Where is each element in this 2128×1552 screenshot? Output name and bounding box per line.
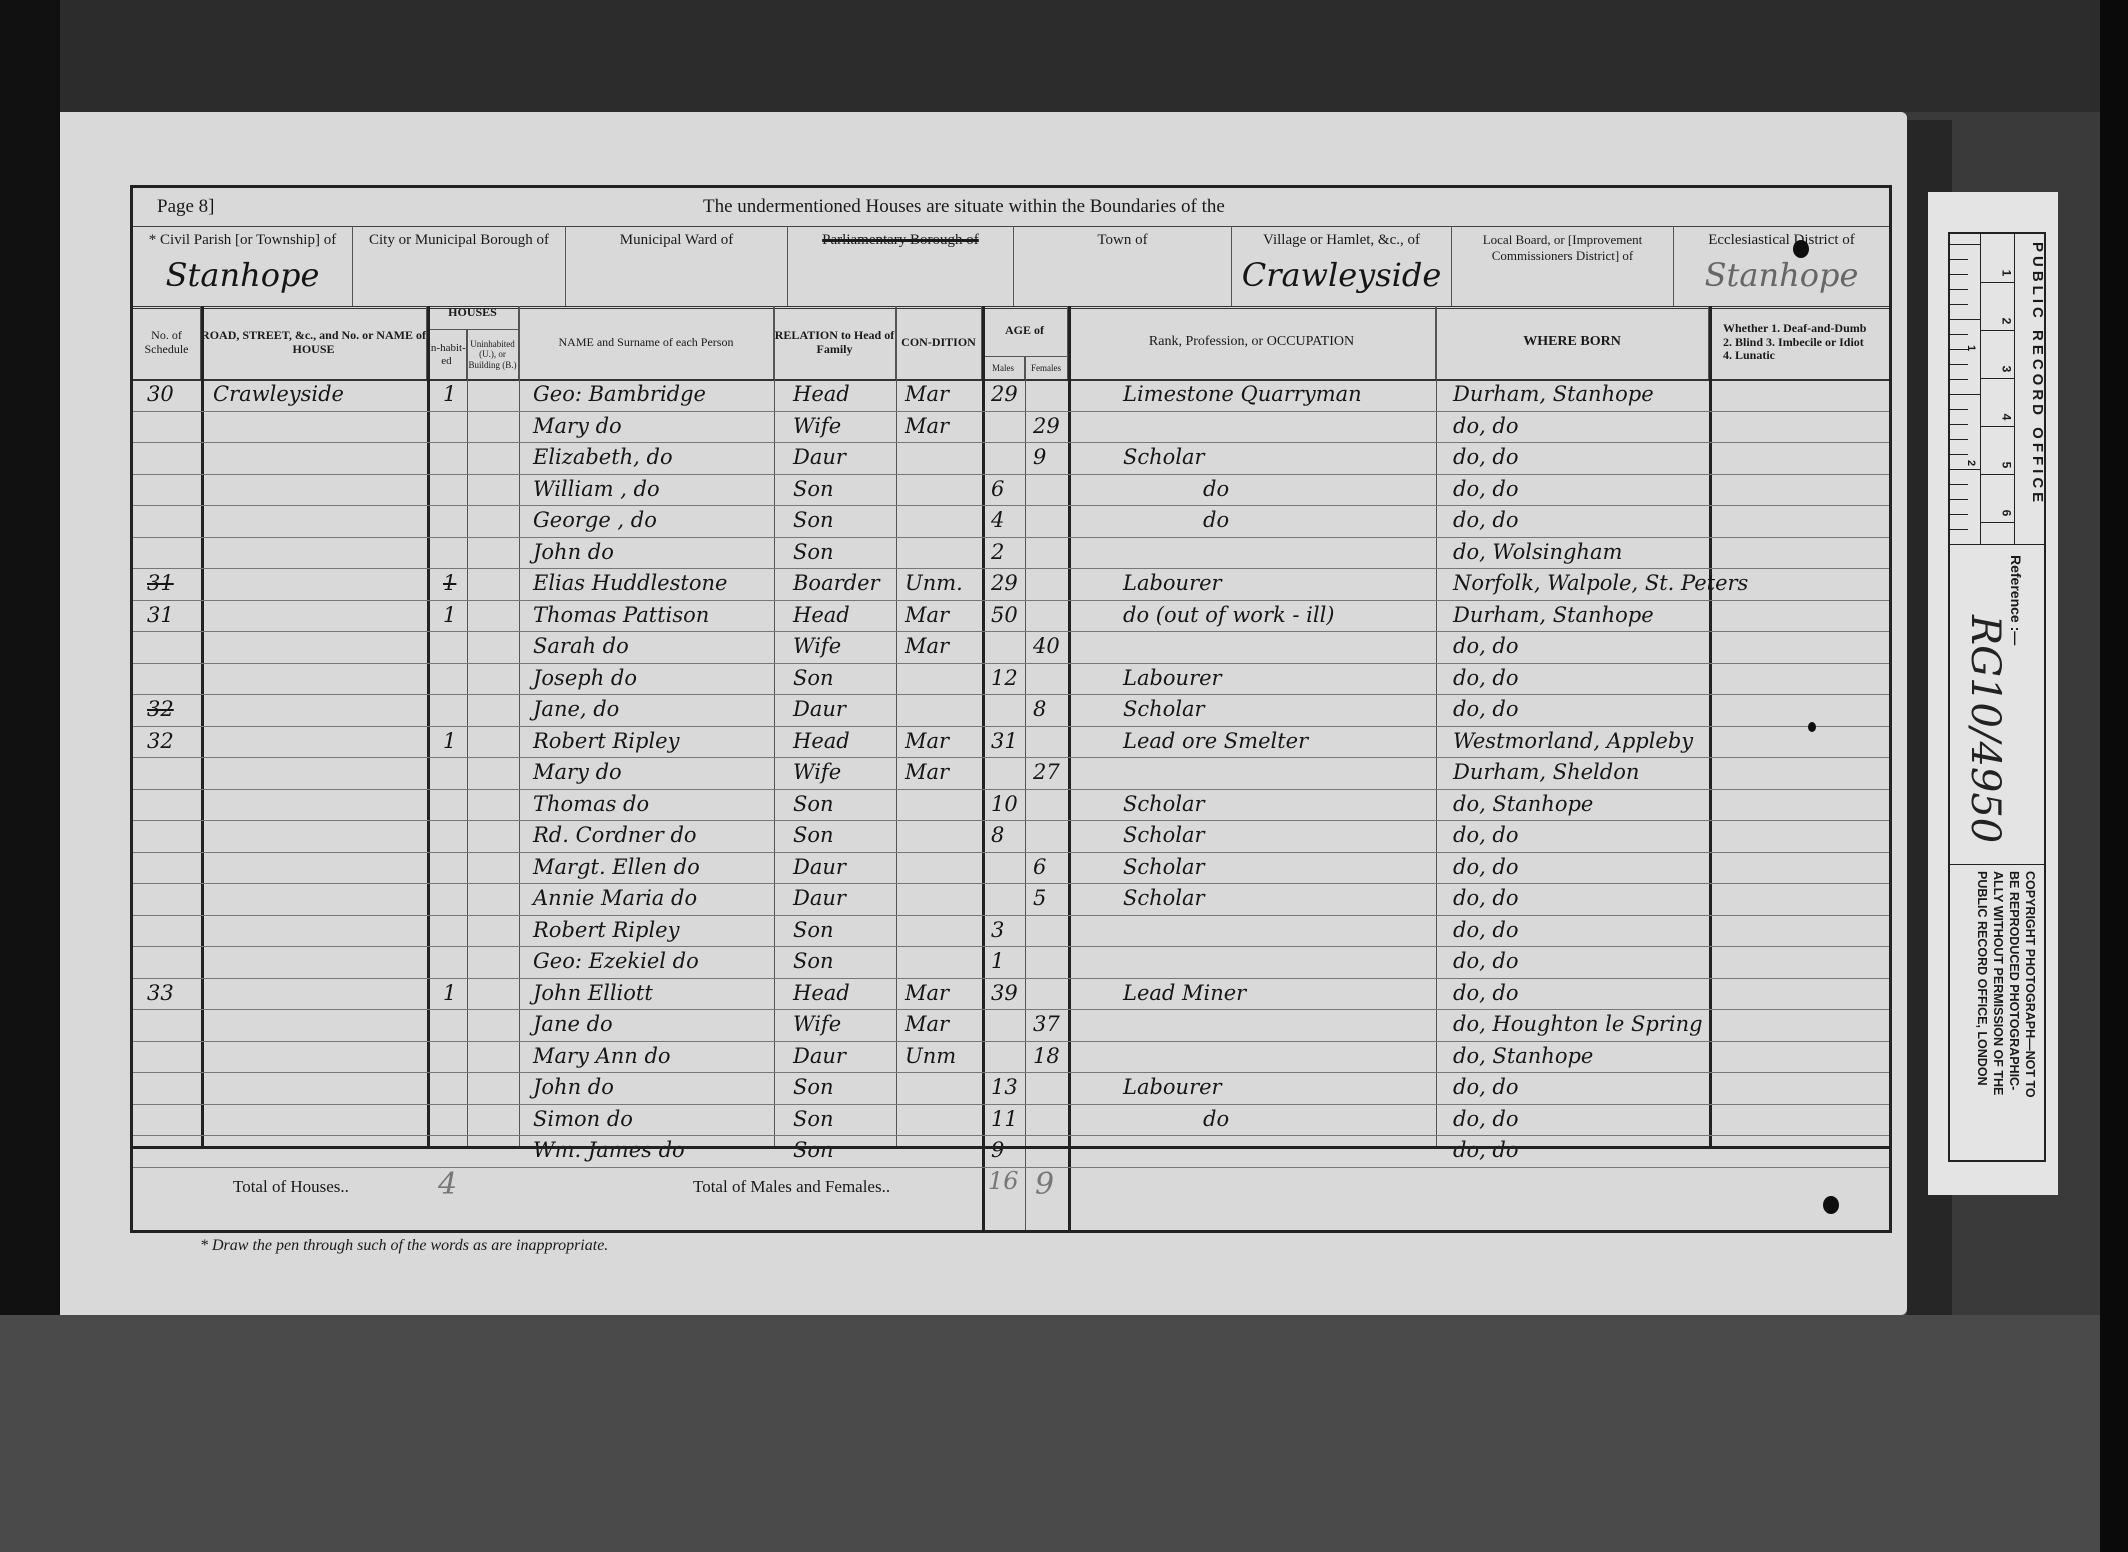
- cell-name: Annie Maria do: [533, 883, 697, 915]
- cell-relation: Son: [793, 505, 834, 537]
- header-where-born: WHERE BORN: [1436, 306, 1709, 379]
- header-occupation: Rank, Profession, or OCCUPATION: [1068, 306, 1436, 379]
- census-row: Elizabeth, doDaur9Scholardo, do: [133, 442, 1889, 475]
- cell-born: do, Houghton le Spring: [1453, 1009, 1703, 1041]
- census-row: 30Crawleyside1Geo: BambridgeHeadMar29Lim…: [133, 379, 1889, 412]
- column-headers: No. of Schedule ROAD, STREET, &c., and N…: [133, 306, 1889, 381]
- cell-name: Mary Ann do: [533, 1041, 671, 1073]
- cell-name: John do: [533, 1072, 614, 1104]
- header-uninhabited: Uninhabited (U.), or Building (B.): [467, 330, 519, 379]
- cell-male-age: 50: [991, 600, 1018, 632]
- cell-inhabited: 1: [443, 379, 456, 411]
- census-row: William , doSon6dodo, do: [133, 474, 1889, 507]
- cell-male-age: 29: [991, 568, 1018, 600]
- total-houses-value: 4: [438, 1167, 457, 1202]
- cell-male-age: 6: [991, 474, 1004, 506]
- census-row: Robert RipleySon3do, do: [133, 915, 1889, 948]
- header-males: Males: [982, 356, 1025, 379]
- boundary-value: Crawleyside: [1232, 256, 1451, 294]
- cell-occupation: Lead ore Smelter: [1123, 726, 1308, 758]
- census-row: 331John ElliottHeadMar39Lead Minerdo, do: [133, 978, 1889, 1011]
- cell-name: Rd. Cordner do: [533, 820, 697, 852]
- header-houses: HOUSES: [427, 306, 519, 330]
- cell-born: Durham, Stanhope: [1453, 379, 1654, 411]
- reference-value: RG10/4950: [1962, 615, 2008, 843]
- census-row: Rd. Cordner doSon8Scholardo, do: [133, 820, 1889, 853]
- scale-segment: 6: [1980, 474, 2014, 523]
- cell-occupation: Labourer: [1123, 1072, 1222, 1104]
- boundary-label: Ecclesiastical District of: [1674, 232, 1889, 249]
- boundary-label: * Civil Parish [or Township] of: [133, 232, 352, 249]
- cell-name: Thomas do: [533, 789, 649, 821]
- cell-schedule: 32: [147, 694, 174, 726]
- cell-born: do, do: [1453, 915, 1519, 947]
- boundary-label: Town of: [1014, 232, 1231, 249]
- totals-row: Total of Houses.. 4 Total of Males and F…: [133, 1146, 1889, 1233]
- cell-male-age: 11: [991, 1104, 1018, 1136]
- cell-relation: Son: [793, 915, 834, 947]
- cell-born: do, Stanhope: [1453, 789, 1593, 821]
- ruler-tick: [1950, 379, 1968, 380]
- cell-condition: Mar: [905, 1009, 949, 1041]
- cell-relation: Daur: [793, 883, 846, 915]
- cell-inhabited: 1: [443, 568, 456, 600]
- ruler-tick: [1950, 484, 1968, 485]
- cell-name: Margt. Ellen do: [533, 852, 700, 884]
- cell-born: do, do: [1453, 852, 1519, 884]
- cell-born: do, do: [1453, 694, 1519, 726]
- cell-relation: Wife: [793, 757, 841, 789]
- ruler-tick: [1950, 274, 1968, 275]
- cell-condition: Mar: [905, 757, 949, 789]
- scale-bar: 123456: [1980, 234, 2015, 544]
- copyright-line: BE REPRODUCED PHOTOGRAPHIC-: [2006, 871, 2022, 1098]
- cell-condition: Mar: [905, 600, 949, 632]
- cell-relation: Head: [793, 726, 850, 758]
- cell-male-age: 29: [991, 379, 1018, 411]
- cell-male-age: 3: [991, 915, 1004, 947]
- reference-label: Reference :—: [2008, 555, 2024, 645]
- header-condition: CON-DITION: [896, 306, 982, 379]
- cell-born: do, Wolsingham: [1453, 537, 1622, 569]
- cell-inhabited: 1: [443, 600, 456, 632]
- header-inhabited: In-habit-ed: [427, 330, 467, 379]
- cell-relation: Son: [793, 1072, 834, 1104]
- ruler-tick: [1950, 304, 1968, 305]
- cell-born: do, do: [1453, 505, 1519, 537]
- census-form: Page 8] The undermentioned Houses are si…: [130, 185, 1892, 1233]
- boundary-label: Municipal Ward of: [566, 232, 787, 249]
- cell-relation: Daur: [793, 442, 846, 474]
- cell-name: Sarah do: [533, 631, 629, 663]
- measurement-ruler: 12: [1950, 234, 1981, 544]
- cell-relation: Head: [793, 600, 850, 632]
- boundary-municipal-borough: City or Municipal Borough of: [353, 226, 566, 306]
- boundary-town: Town of: [1014, 226, 1232, 306]
- cell-name: Elizabeth, do: [533, 442, 673, 474]
- cell-born: do, do: [1453, 663, 1519, 695]
- header-age: AGE of: [982, 306, 1068, 356]
- cell-occupation: Scholar: [1123, 883, 1205, 915]
- boundary-value: Stanhope: [133, 256, 352, 294]
- cell-occupation: do (out of work - ill): [1123, 600, 1335, 632]
- copyright-line: PUBLIC RECORD OFFICE, LONDON: [1974, 871, 1990, 1098]
- cell-name: Jane, do: [533, 694, 619, 726]
- cell-name: George , do: [533, 505, 657, 537]
- cell-male-age: 39: [991, 978, 1018, 1010]
- header-road: ROAD, STREET, &c., and No. or NAME of HO…: [201, 306, 427, 379]
- cell-name: Jane do: [533, 1009, 613, 1041]
- boundary-village: Village or Hamlet, &c., of Crawleyside: [1232, 226, 1452, 306]
- cell-condition: Mar: [905, 379, 949, 411]
- census-row: Margt. Ellen doDaur6Scholardo, do: [133, 852, 1889, 885]
- ink-blot: [1793, 240, 1809, 258]
- cell-born: do, do: [1453, 883, 1519, 915]
- census-row: Joseph doSon12Labourerdo, do: [133, 663, 1889, 696]
- cell-relation: Daur: [793, 1041, 846, 1073]
- cell-occupation: Labourer: [1123, 568, 1222, 600]
- census-row: 311Thomas PattisonHeadMar50do (out of wo…: [133, 600, 1889, 633]
- ruler-tick: [1950, 394, 1980, 395]
- cell-condition: Mar: [905, 978, 949, 1010]
- cell-born: do, do: [1453, 631, 1519, 663]
- cell-born: do, do: [1453, 978, 1519, 1010]
- census-row: John doSon2do, Wolsingham: [133, 537, 1889, 570]
- cell-schedule: 31: [147, 568, 174, 600]
- header-females: Females: [1025, 356, 1068, 379]
- cell-female-age: 18: [1033, 1041, 1060, 1073]
- cell-condition: Unm.: [905, 568, 963, 600]
- cell-male-age: 10: [991, 789, 1018, 821]
- boundary-municipal-ward: Municipal Ward of: [566, 226, 788, 306]
- boundaries-row: * Civil Parish [or Township] of Stanhope…: [133, 226, 1889, 309]
- cell-born: Norfolk, Walpole, St. Peters: [1453, 568, 1748, 600]
- cell-occupation: Scholar: [1123, 789, 1205, 821]
- ruler-tick: [1950, 439, 1968, 440]
- ruler-tick: [1950, 529, 1968, 530]
- cell-born: do, do: [1453, 411, 1519, 443]
- ruler-tick: [1950, 409, 1968, 410]
- boundary-local-board: Local Board, or [Improvement Commissione…: [1452, 226, 1674, 306]
- cell-male-age: 1: [991, 946, 1004, 978]
- census-row: Mary doWifeMar29do, do: [133, 411, 1889, 444]
- cell-male-age: 4: [991, 505, 1004, 537]
- cell-name: Mary do: [533, 411, 622, 443]
- cell-born: Durham, Sheldon: [1453, 757, 1639, 789]
- ruler-tick: [1950, 514, 1968, 515]
- copyright-notice: COPYRIGHT PHOTOGRAPH—NOT TOBE REPRODUCED…: [1974, 871, 2038, 1098]
- cell-born: do, Stanhope: [1453, 1041, 1593, 1073]
- cell-female-age: 9: [1033, 442, 1046, 474]
- public-record-office-label: PUBLIC RECORD OFFICE: [2029, 242, 2046, 506]
- boundary-label: Village or Hamlet, &c., of: [1232, 232, 1451, 249]
- cell-female-age: 5: [1033, 883, 1046, 915]
- ruler-tick: [1950, 259, 1968, 260]
- ruler-number: 1: [1965, 345, 1977, 351]
- cell-occupation: Scholar: [1123, 442, 1205, 474]
- ruler-tick: [1950, 289, 1968, 290]
- cell-relation: Son: [793, 789, 834, 821]
- cell-condition: Mar: [905, 726, 949, 758]
- total-houses-label: Total of Houses..: [233, 1177, 349, 1197]
- cell-name: Thomas Pattison: [533, 600, 709, 632]
- census-row: Mary Ann doDaurUnm18do, Stanhope: [133, 1041, 1889, 1074]
- cell-relation: Daur: [793, 852, 846, 884]
- cell-occupation: Limestone Quarryman: [1123, 379, 1362, 411]
- cell-name: Robert Ripley: [533, 915, 679, 947]
- copyright-box: COPYRIGHT PHOTOGRAPH—NOT TOBE REPRODUCED…: [1950, 864, 2044, 1161]
- cell-born: do, do: [1453, 442, 1519, 474]
- cell-relation: Son: [793, 946, 834, 978]
- cell-schedule: 32: [147, 726, 174, 758]
- census-row: Thomas doSon10Scholardo, Stanhope: [133, 789, 1889, 822]
- ink-blot: [1823, 1196, 1839, 1214]
- cell-female-age: 6: [1033, 852, 1046, 884]
- cell-inhabited: 1: [443, 726, 456, 758]
- census-row: Mary doWifeMar27Durham, Sheldon: [133, 757, 1889, 790]
- footnote: * Draw the pen through such of the words…: [200, 1237, 608, 1255]
- cell-condition: Unm: [905, 1041, 956, 1073]
- total-males-value: 16: [988, 1167, 1019, 1195]
- cell-condition: Mar: [905, 631, 949, 663]
- ruler-tick: [1950, 499, 1968, 500]
- census-row: 32Jane, doDaur8Scholardo, do: [133, 694, 1889, 727]
- cell-born: Westmorland, Appleby: [1453, 726, 1693, 758]
- census-row: John doSon13Labourerdo, do: [133, 1072, 1889, 1105]
- census-row: Sarah doWifeMar40do, do: [133, 631, 1889, 664]
- census-row: 311Elias HuddlestoneBoarderUnm.29Laboure…: [133, 568, 1889, 601]
- background-top: [0, 0, 2128, 112]
- ruler-tick: [1950, 454, 1968, 455]
- boundary-label: Parliamentary Borough of: [788, 232, 1013, 249]
- cell-female-age: 40: [1033, 631, 1060, 663]
- census-row: Geo: Ezekiel doSon1do, do: [133, 946, 1889, 979]
- ruler-tick: [1950, 334, 1968, 335]
- background-bottom: [0, 1315, 2100, 1552]
- header-schedule: No. of Schedule: [133, 306, 201, 379]
- scale-segment: 4: [1980, 378, 2014, 427]
- boundary-parliamentary-borough: Parliamentary Borough of: [788, 226, 1014, 306]
- total-persons-label: Total of Males and Females..: [693, 1177, 890, 1197]
- cell-female-age: 29: [1033, 411, 1060, 443]
- ruler-tick: [1950, 364, 1968, 365]
- ruler-tick: [1950, 244, 1980, 245]
- scale-segment: 2: [1980, 282, 2014, 331]
- total-females-value: 9: [1035, 1167, 1054, 1202]
- cell-male-age: 2: [991, 537, 1004, 569]
- cell-born: do, do: [1453, 474, 1519, 506]
- cell-name: Elias Huddlestone: [533, 568, 727, 600]
- cell-occupation: do: [1203, 474, 1229, 506]
- boundary-value: Stanhope: [1674, 256, 1889, 294]
- cell-born: do, do: [1453, 820, 1519, 852]
- reference-strip: 12 123456 PUBLIC RECORD OFFICE Reference…: [1928, 192, 2058, 1195]
- cell-male-age: 12: [991, 663, 1018, 695]
- census-row: Jane doWifeMar37do, Houghton le Spring: [133, 1009, 1889, 1042]
- ruler-tick: [1950, 319, 1980, 320]
- cell-inhabited: 1: [443, 978, 456, 1010]
- cell-name: Geo: Bambridge: [533, 379, 706, 411]
- cell-name: Robert Ripley: [533, 726, 679, 758]
- form-header: Page 8] The undermentioned Houses are si…: [133, 188, 1889, 227]
- scale-segment: 5: [1980, 426, 2014, 475]
- cell-male-age: 13: [991, 1072, 1018, 1104]
- copyright-line: ALLY WITHOUT PERMISSION OF THE: [1990, 871, 2006, 1098]
- cell-relation: Wife: [793, 631, 841, 663]
- header-infirmity: Whether 1. Deaf-and-Dumb 2. Blind 3. Imb…: [1709, 306, 1889, 379]
- cell-schedule: 31: [147, 600, 174, 632]
- cell-occupation: do: [1203, 505, 1229, 537]
- census-row: Annie Maria doDaur5Scholardo, do: [133, 883, 1889, 916]
- cell-schedule: 33: [147, 978, 174, 1010]
- cell-born: Durham, Stanhope: [1453, 600, 1654, 632]
- cell-occupation: Scholar: [1123, 820, 1205, 852]
- cell-name: Simon do: [533, 1104, 633, 1136]
- copyright-line: COPYRIGHT PHOTOGRAPH—NOT TO: [2022, 871, 2038, 1098]
- cell-relation: Son: [793, 1104, 834, 1136]
- boundary-label: Local Board, or [Improvement Commissione…: [1452, 232, 1673, 264]
- cell-relation: Wife: [793, 411, 841, 443]
- cell-name: Mary do: [533, 757, 622, 789]
- cell-occupation: do: [1203, 1104, 1229, 1136]
- header-name: NAME and Surname of each Person: [519, 306, 774, 379]
- boundary-civil-parish: * Civil Parish [or Township] of Stanhope: [133, 226, 353, 306]
- cell-relation: Boarder: [793, 568, 880, 600]
- ruler-tick: [1950, 469, 1980, 470]
- cell-relation: Wife: [793, 1009, 841, 1041]
- boundary-ecclesiastical: Ecclesiastical District of Stanhope: [1674, 226, 1889, 306]
- page-number: Page 8]: [157, 196, 215, 218]
- cell-schedule: 30: [147, 379, 174, 411]
- cell-name: William , do: [533, 474, 660, 506]
- cell-male-age: 31: [991, 726, 1018, 758]
- cell-born: do, do: [1453, 946, 1519, 978]
- cell-relation: Head: [793, 379, 850, 411]
- cell-occupation: Lead Miner: [1123, 978, 1246, 1010]
- reference-box: Reference :— RG10/4950: [1950, 544, 2044, 865]
- cell-name: Geo: Ezekiel do: [533, 946, 699, 978]
- cell-female-age: 8: [1033, 694, 1046, 726]
- ruler-tick: [1950, 424, 1968, 425]
- cell-name: Joseph do: [533, 663, 637, 695]
- background-right: [2100, 0, 2128, 1552]
- cell-occupation: Labourer: [1123, 663, 1222, 695]
- cell-name: John do: [533, 537, 614, 569]
- cell-relation: Son: [793, 537, 834, 569]
- cell-relation: Son: [793, 474, 834, 506]
- header-relation: RELATION to Head of Family: [774, 306, 896, 379]
- boundary-label: City or Municipal Borough of: [353, 232, 565, 249]
- cell-occupation: Scholar: [1123, 852, 1205, 884]
- cell-male-age: 8: [991, 820, 1004, 852]
- cell-born: do, do: [1453, 1104, 1519, 1136]
- ruler-number: 2: [1965, 460, 1977, 466]
- form-title: The undermentioned Houses are situate wi…: [703, 196, 1225, 218]
- cell-female-age: 27: [1033, 757, 1060, 789]
- cell-relation: Son: [793, 663, 834, 695]
- cell-name: John Elliott: [533, 978, 653, 1010]
- census-row: Simon doSon11dodo, do: [133, 1104, 1889, 1137]
- scale-segment: 1: [1980, 234, 2014, 283]
- ink-blot: [1808, 722, 1816, 732]
- cell-condition: Mar: [905, 411, 949, 443]
- census-row: 321Robert RipleyHeadMar31Lead ore Smelte…: [133, 726, 1889, 759]
- cell-relation: Head: [793, 978, 850, 1010]
- cell-relation: Son: [793, 820, 834, 852]
- reference-strip-frame: 12 123456 PUBLIC RECORD OFFICE Reference…: [1948, 232, 2046, 1162]
- cell-female-age: 37: [1033, 1009, 1060, 1041]
- cell-relation: Daur: [793, 694, 846, 726]
- cell-road: Crawleyside: [213, 379, 344, 411]
- cell-born: do, do: [1453, 1072, 1519, 1104]
- cell-occupation: Scholar: [1123, 694, 1205, 726]
- census-row: George , doSon4dodo, do: [133, 505, 1889, 538]
- scale-segment: 3: [1980, 330, 2014, 379]
